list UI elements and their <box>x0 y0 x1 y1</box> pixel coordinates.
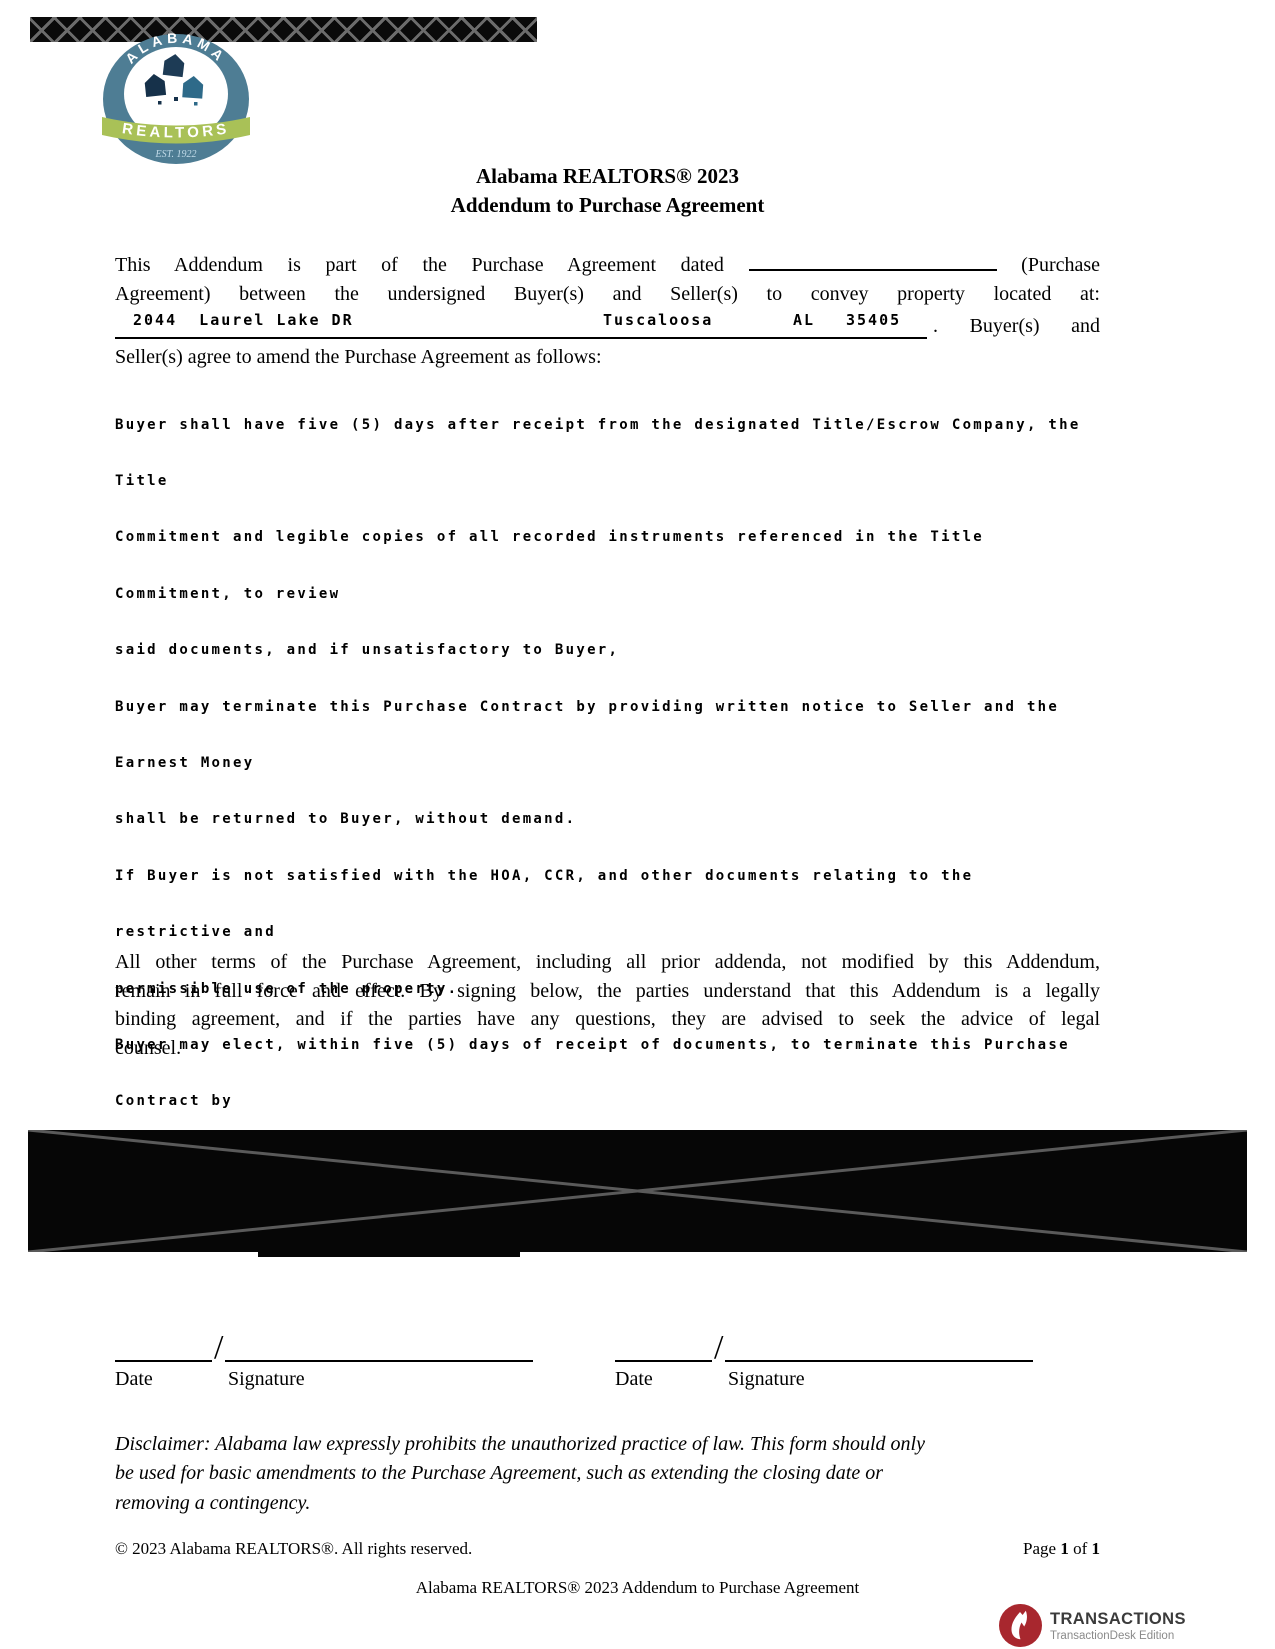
redaction-x-mark <box>28 1130 1247 1252</box>
intro-line-1: This Addendum is part of the Purchase Ag… <box>115 252 1100 278</box>
date-label: Date <box>115 1368 153 1391</box>
terms-line: Contract by <box>115 1092 1081 1111</box>
date-line-left[interactable] <box>115 1330 212 1362</box>
slash-separator: / <box>712 1332 725 1364</box>
closing-paragraph: All other terms of the Purchase Agreemen… <box>115 948 1100 1062</box>
signature-line-right[interactable] <box>725 1330 1033 1362</box>
disclaimer-line: be used for basic amendments to the Purc… <box>115 1459 1125 1488</box>
address-street-value: 2044 Laurel Lake DR <box>133 307 354 333</box>
intro-line-2: Agreement) between the undersigned Buyer… <box>115 281 1100 307</box>
address-city-value: Tuscaloosa <box>603 307 713 333</box>
transactions-wordmark: TRANSACTIONS TransactionDesk Edition <box>1050 1610 1186 1642</box>
signature-section: / Date Signature / Date Signature <box>115 1330 1115 1400</box>
terms-line: Earnest Money <box>115 754 1081 773</box>
document-page: ALABAMA REALTORS EST. 1922 Alabama REALT… <box>0 0 1275 1649</box>
signature-line-left[interactable] <box>225 1330 533 1362</box>
terms-line: If Buyer is not satisfied with the HOA, … <box>115 867 1081 886</box>
closing-line: remain in full force and effect. By sign… <box>115 977 1100 1006</box>
property-address-line: 2044 Laurel Lake DR Tuscaloosa AL 35405 … <box>115 308 1100 339</box>
transactions-logo-icon <box>999 1604 1042 1647</box>
date-line-right[interactable] <box>615 1330 712 1362</box>
closing-line: counsel. <box>115 1034 1100 1063</box>
address-line-tail: . Buyer(s) and <box>927 314 1100 339</box>
page-total: 1 <box>1092 1539 1101 1558</box>
signature-label: Signature <box>728 1368 805 1391</box>
terms-line: Title <box>115 472 1081 491</box>
terms-line: restrictive and <box>115 923 1081 942</box>
footer-row: © 2023 Alabama REALTORS®. All rights res… <box>115 1539 1100 1559</box>
signature-block-left: / Date Signature <box>115 1330 533 1394</box>
terms-line: shall be returned to Buyer, without dema… <box>115 810 1081 829</box>
disclaimer-text: Disclaimer: Alabama law expressly prohib… <box>115 1430 1125 1518</box>
title-line-1: Alabama REALTORS® 2023 <box>115 162 1100 191</box>
terms-line: Commitment and legible copies of all rec… <box>115 528 1081 547</box>
intro-line1-text: This Addendum is part of the Purchase Ag… <box>115 254 724 276</box>
copyright-text: © 2023 Alabama REALTORS®. All rights res… <box>115 1539 472 1559</box>
logo-est-text: EST. 1922 <box>155 149 197 160</box>
of-word: of <box>1069 1539 1092 1558</box>
form-name-footer: Alabama REALTORS® 2023 Addendum to Purch… <box>0 1578 1275 1598</box>
title-line-2: Addendum to Purchase Agreement <box>115 191 1100 220</box>
address-buyers-word: Buyer(s) <box>970 314 1040 339</box>
disclaimer-line: Disclaimer: Alabama law expressly prohib… <box>115 1430 1125 1459</box>
closing-line: All other terms of the Purchase Agreemen… <box>115 948 1100 977</box>
signature-label: Signature <box>228 1368 305 1391</box>
amendment-terms-text: Buyer shall have five (5) days after rec… <box>115 378 1081 1261</box>
transactions-name: TRANSACTIONS <box>1050 1610 1186 1629</box>
signature-block-right: / Date Signature <box>615 1330 1033 1394</box>
address-zip-value: 35405 <box>846 307 901 333</box>
terms-line: Buyer may terminate this Purchase Contra… <box>115 698 1081 717</box>
redaction-tab <box>258 1250 520 1257</box>
terms-line: said documents, and if unsatisfactory to… <box>115 641 1081 660</box>
purchase-agreement-date-blank[interactable] <box>749 254 997 271</box>
address-state-value: AL <box>793 307 815 333</box>
redacted-signature-block <box>28 1130 1247 1252</box>
terms-line: Buyer shall have five (5) days after rec… <box>115 416 1081 435</box>
disclaimer-line: removing a contingency. <box>115 1489 1125 1518</box>
page-word: Page <box>1023 1539 1060 1558</box>
alabama-realtors-logo: ALABAMA REALTORS EST. 1922 <box>101 33 251 166</box>
page-number: 1 <box>1060 1539 1069 1558</box>
intro-line-4: Seller(s) agree to amend the Purchase Ag… <box>115 344 1100 370</box>
address-period: . <box>933 314 938 339</box>
property-address-field[interactable]: 2044 Laurel Lake DR Tuscaloosa AL 35405 <box>115 308 927 339</box>
document-title: Alabama REALTORS® 2023 Addendum to Purch… <box>115 162 1100 220</box>
address-and-word: and <box>1071 314 1100 339</box>
slash-separator: / <box>212 1332 225 1364</box>
transactions-edition: TransactionDesk Edition <box>1050 1630 1186 1642</box>
terms-line: Commitment, to review <box>115 585 1081 604</box>
date-label: Date <box>615 1368 653 1391</box>
closing-line: binding agreement, and if the parties ha… <box>115 1005 1100 1034</box>
transactiondesk-branding: TRANSACTIONS TransactionDesk Edition <box>999 1604 1186 1647</box>
page-indicator: Page 1 of 1 <box>1023 1539 1100 1559</box>
intro-line1-tail: (Purchase <box>1021 254 1100 276</box>
